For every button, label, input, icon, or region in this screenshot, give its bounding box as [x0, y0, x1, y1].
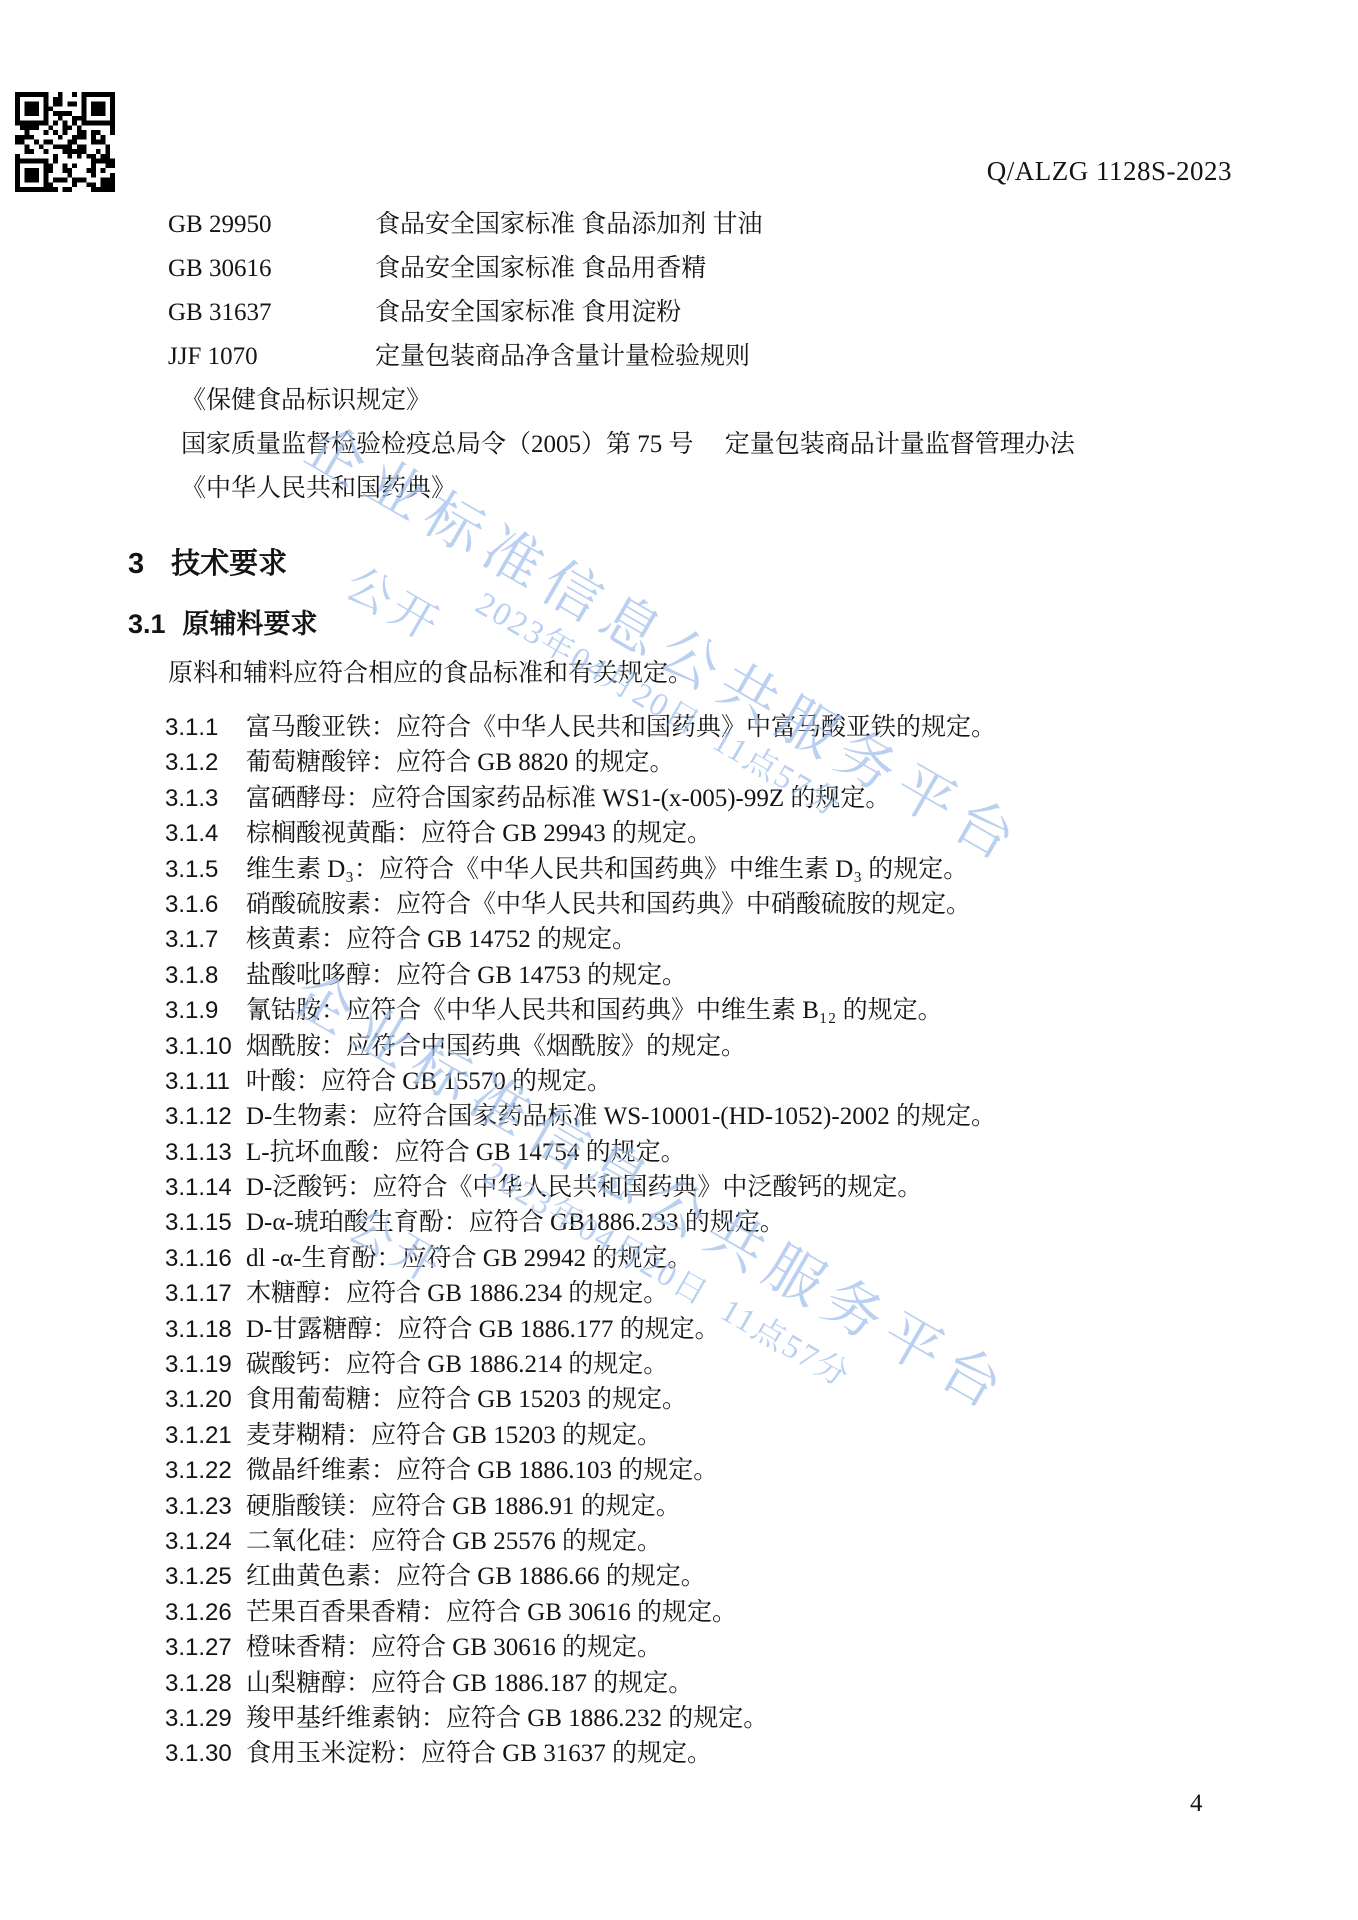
- item-text: dl -α-生育酚：应符合 GB 29942 的规定。: [246, 1245, 692, 1272]
- item-number: 3.1.3: [165, 781, 246, 816]
- item-text: 食用玉米淀粉：应符合 GB 31637 的规定。: [246, 1740, 712, 1767]
- item-text: D-α-琥珀酸生育酚：应符合 GB1886.233 的规定。: [246, 1209, 785, 1236]
- item-number: 3.1.5: [165, 852, 246, 887]
- item-number: 3.1.9: [165, 993, 246, 1028]
- item-text: 木糖醇：应符合 GB 1886.234 的规定。: [246, 1280, 668, 1307]
- item-text: 食用葡萄糖：应符合 GB 15203 的规定。: [246, 1386, 687, 1413]
- list-item: 3.1.6硝酸硫胺素：应符合《中华人民共和国药典》中硝酸硫胺的规定。: [165, 887, 1315, 922]
- list-item: 3.1.23硬脂酸镁：应符合 GB 1886.91 的规定。: [165, 1489, 1315, 1524]
- subsection-title: 原辅料要求: [183, 609, 318, 639]
- item-number: 3.1.7: [165, 922, 246, 957]
- item-number: 3.1.15: [165, 1205, 246, 1240]
- item-text: 红曲黄色素：应符合 GB 1886.66 的规定。: [246, 1563, 706, 1590]
- reference-row: GB 30616食品安全国家标准 食品用香精: [0, 247, 1358, 291]
- list-item: 3.1.5维生素 D₃：应符合《中华人民共和国药典》中维生素 D₃ 的规定。: [165, 852, 1315, 887]
- item-text: L-抗坏血酸：应符合 GB 14754 的规定。: [246, 1139, 686, 1166]
- section-heading: 3技术要求: [128, 541, 287, 582]
- list-item: 3.1.19碳酸钙：应符合 GB 1886.214 的规定。: [165, 1347, 1315, 1382]
- item-text: 核黄素：应符合 GB 14752 的规定。: [246, 926, 637, 953]
- list-item: 3.1.22微晶纤维素：应符合 GB 1886.103 的规定。: [165, 1453, 1315, 1488]
- list-item: 3.1.3富硒酵母：应符合国家药品标准 WS1-(x-005)-99Z 的规定。: [165, 781, 1315, 816]
- item-text: 维生素 D₃：应符合《中华人民共和国药典》中维生素 D₃ 的规定。: [246, 856, 968, 883]
- item-number: 3.1.1: [165, 710, 246, 745]
- reference-title: 食品安全国家标准 食用淀粉: [375, 299, 681, 326]
- reference-other-text: 《中华人民共和国药典》: [181, 475, 456, 502]
- reference-row: GB 29950食品安全国家标准 食品添加剂 甘油: [0, 203, 1358, 247]
- list-item: 3.1.9氰钴胺：应符合《中华人民共和国药典》中维生素 B₁₂ 的规定。: [165, 993, 1315, 1028]
- item-text: 富马酸亚铁：应符合《中华人民共和国药典》中富马酸亚铁的规定。: [246, 714, 996, 741]
- item-number: 3.1.22: [165, 1453, 246, 1488]
- item-text: 芒果百香果香精：应符合 GB 30616 的规定。: [246, 1599, 737, 1626]
- section-number: 3: [128, 548, 144, 580]
- list-item: 3.1.20食用葡萄糖：应符合 GB 15203 的规定。: [165, 1382, 1315, 1417]
- reference-row: 《保健食品标识规定》: [0, 379, 1358, 423]
- item-number: 3.1.30: [165, 1736, 246, 1771]
- item-number: 3.1.17: [165, 1276, 246, 1311]
- watermark-public-text: 公开: [335, 548, 456, 656]
- reference-title: 食品安全国家标准 食品用香精: [375, 255, 706, 282]
- list-item: 3.1.1富马酸亚铁：应符合《中华人民共和国药典》中富马酸亚铁的规定。: [165, 710, 1315, 745]
- reference-other-text: 国家质量监督检验检疫总局令（2005）第 75 号 定量包装商品计量监督管理办法: [181, 431, 1075, 458]
- reference-code: GB 30616: [168, 247, 375, 291]
- item-text: 山梨糖醇：应符合 GB 1886.187 的规定。: [246, 1670, 693, 1697]
- item-number: 3.1.26: [165, 1595, 246, 1630]
- item-text: 微晶纤维素：应符合 GB 1886.103 的规定。: [246, 1457, 718, 1484]
- item-number: 3.1.21: [165, 1418, 246, 1453]
- item-text: 葡萄糖酸锌：应符合 GB 8820 的规定。: [246, 749, 674, 776]
- item-text: 叶酸：应符合 GB 15570 的规定。: [246, 1068, 612, 1095]
- requirement-items: 3.1.1富马酸亚铁：应符合《中华人民共和国药典》中富马酸亚铁的规定。3.1.2…: [165, 710, 1315, 1772]
- item-text: 硬脂酸镁：应符合 GB 1886.91 的规定。: [246, 1493, 681, 1520]
- list-item: 3.1.28山梨糖醇：应符合 GB 1886.187 的规定。: [165, 1666, 1315, 1701]
- doc-number: Q/ALZG 1128S-2023: [987, 156, 1232, 187]
- reference-row: 《中华人民共和国药典》: [0, 467, 1358, 511]
- reference-title: 食品安全国家标准 食品添加剂 甘油: [375, 211, 763, 238]
- reference-code: GB 29950: [168, 203, 375, 247]
- item-number: 3.1.13: [165, 1135, 246, 1170]
- item-text: 氰钴胺：应符合《中华人民共和国药典》中维生素 B₁₂ 的规定。: [246, 997, 943, 1024]
- qr-code: [15, 92, 115, 192]
- list-item: 3.1.26芒果百香果香精：应符合 GB 30616 的规定。: [165, 1595, 1315, 1630]
- item-number: 3.1.14: [165, 1170, 246, 1205]
- item-number: 3.1.23: [165, 1489, 246, 1524]
- item-number: 3.1.19: [165, 1347, 246, 1382]
- item-text: D-生物素：应符合国家药品标准 WS-10001-(HD-1052)-2002 …: [246, 1103, 996, 1130]
- item-text: 麦芽糊精：应符合 GB 15203 的规定。: [246, 1422, 662, 1449]
- list-item: 3.1.4棕榈酸视黄酯：应符合 GB 29943 的规定。: [165, 816, 1315, 851]
- subsection-heading: 3.1原辅料要求: [128, 602, 318, 641]
- item-number: 3.1.12: [165, 1099, 246, 1134]
- list-item: 3.1.11叶酸：应符合 GB 15570 的规定。: [165, 1064, 1315, 1099]
- list-item: 3.1.18D-甘露糖醇：应符合 GB 1886.177 的规定。: [165, 1312, 1315, 1347]
- list-item: 3.1.8盐酸吡哆醇：应符合 GB 14753 的规定。: [165, 958, 1315, 993]
- item-text: 盐酸吡哆醇：应符合 GB 14753 的规定。: [246, 962, 687, 989]
- reference-row: 国家质量监督检验检疫总局令（2005）第 75 号 定量包装商品计量监督管理办法: [0, 423, 1358, 467]
- list-item: 3.1.16dl -α-生育酚：应符合 GB 29942 的规定。: [165, 1241, 1315, 1276]
- item-text: D-甘露糖醇：应符合 GB 1886.177 的规定。: [246, 1316, 720, 1343]
- reference-other-text: 《保健食品标识规定》: [181, 387, 431, 414]
- item-number: 3.1.8: [165, 958, 246, 993]
- item-text: D-泛酸钙：应符合《中华人民共和国药典》中泛酸钙的规定。: [246, 1174, 922, 1201]
- list-item: 3.1.17木糖醇：应符合 GB 1886.234 的规定。: [165, 1276, 1315, 1311]
- item-number: 3.1.28: [165, 1666, 246, 1701]
- reference-row: GB 31637食品安全国家标准 食用淀粉: [0, 291, 1358, 335]
- item-text: 二氧化硅：应符合 GB 25576 的规定。: [246, 1528, 662, 1555]
- reference-code: JJF 1070: [168, 335, 375, 379]
- item-number: 3.1.10: [165, 1029, 246, 1064]
- item-text: 羧甲基纤维素钠：应符合 GB 1886.232 的规定。: [246, 1705, 768, 1732]
- item-number: 3.1.4: [165, 816, 246, 851]
- item-number: 3.1.25: [165, 1559, 246, 1594]
- normative-references: GB 29950食品安全国家标准 食品添加剂 甘油GB 30616食品安全国家标…: [0, 203, 1358, 511]
- item-text: 橙味香精：应符合 GB 30616 的规定。: [246, 1634, 662, 1661]
- list-item: 3.1.24二氧化硅：应符合 GB 25576 的规定。: [165, 1524, 1315, 1559]
- item-number: 3.1.24: [165, 1524, 246, 1559]
- item-number: 3.1.29: [165, 1701, 246, 1736]
- document-page: Q/ALZG 1128S-2023 GB 29950食品安全国家标准 食品添加剂…: [0, 0, 1358, 1920]
- reference-code: GB 31637: [168, 291, 375, 335]
- list-item: 3.1.12D-生物素：应符合国家药品标准 WS-10001-(HD-1052)…: [165, 1099, 1315, 1134]
- page-number: 4: [1190, 1790, 1203, 1818]
- item-number: 3.1.6: [165, 887, 246, 922]
- subsection-number: 3.1: [128, 609, 166, 639]
- list-item: 3.1.2葡萄糖酸锌：应符合 GB 8820 的规定。: [165, 745, 1315, 780]
- list-item: 3.1.7核黄素：应符合 GB 14752 的规定。: [165, 922, 1315, 957]
- list-item: 3.1.10烟酰胺：应符合中国药典《烟酰胺》的规定。: [165, 1029, 1315, 1064]
- reference-row: JJF 1070定量包装商品净含量计量检验规则: [0, 335, 1358, 379]
- item-text: 富硒酵母：应符合国家药品标准 WS1-(x-005)-99Z 的规定。: [246, 785, 890, 812]
- item-number: 3.1.11: [165, 1064, 246, 1099]
- item-text: 棕榈酸视黄酯：应符合 GB 29943 的规定。: [246, 820, 712, 847]
- list-item: 3.1.27橙味香精：应符合 GB 30616 的规定。: [165, 1630, 1315, 1665]
- item-number: 3.1.20: [165, 1382, 246, 1417]
- list-item: 3.1.29羧甲基纤维素钠：应符合 GB 1886.232 的规定。: [165, 1701, 1315, 1736]
- reference-title: 定量包装商品净含量计量检验规则: [375, 343, 750, 370]
- item-text: 烟酰胺：应符合中国药典《烟酰胺》的规定。: [246, 1033, 746, 1060]
- list-item: 3.1.30食用玉米淀粉：应符合 GB 31637 的规定。: [165, 1736, 1315, 1771]
- item-number: 3.1.27: [165, 1630, 246, 1665]
- list-item: 3.1.13L-抗坏血酸：应符合 GB 14754 的规定。: [165, 1135, 1315, 1170]
- item-text: 碳酸钙：应符合 GB 1886.214 的规定。: [246, 1351, 668, 1378]
- list-item: 3.1.15D-α-琥珀酸生育酚：应符合 GB1886.233 的规定。: [165, 1205, 1315, 1240]
- list-item: 3.1.21麦芽糊精：应符合 GB 15203 的规定。: [165, 1418, 1315, 1453]
- item-number: 3.1.16: [165, 1241, 246, 1276]
- intro-sentence: 原料和辅料应符合相应的食品标准和有关规定。: [168, 653, 693, 689]
- item-text: 硝酸硫胺素：应符合《中华人民共和国药典》中硝酸硫胺的规定。: [246, 891, 971, 918]
- list-item: 3.1.14D-泛酸钙：应符合《中华人民共和国药典》中泛酸钙的规定。: [165, 1170, 1315, 1205]
- section-title: 技术要求: [171, 548, 287, 580]
- item-number: 3.1.2: [165, 745, 246, 780]
- list-item: 3.1.25红曲黄色素：应符合 GB 1886.66 的规定。: [165, 1559, 1315, 1594]
- item-number: 3.1.18: [165, 1312, 246, 1347]
